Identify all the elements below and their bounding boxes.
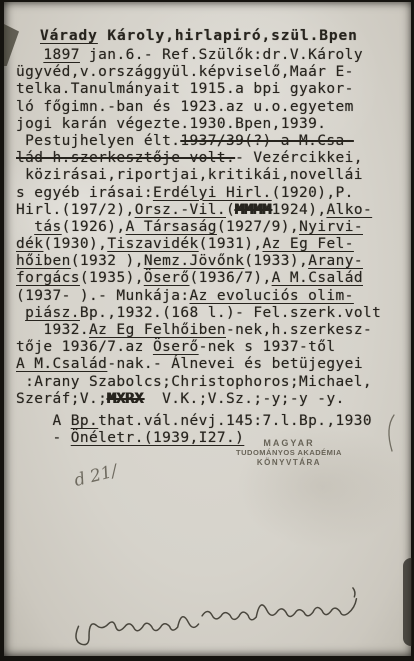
typed-segment: ló főgimn.-ban és 1923.az u.o.egyetem — [16, 99, 354, 115]
typed-line: piász.Bp.,1932.(168 l.)- Fel.szerk.volt — [16, 305, 405, 322]
typed-line: ló főgimn.-ban és 1923.az u.o.egyetem — [16, 99, 405, 116]
typed-segment: Tiszavidék — [107, 236, 198, 252]
typed-segment: hőiben — [16, 253, 71, 269]
typed-segment: Alko- — [326, 202, 372, 218]
typed-line: közirásai,riportjai,kritikái,novellái — [16, 167, 405, 184]
typed-segment: Az Eg Fel- — [263, 236, 354, 252]
typed-segment: ( — [226, 202, 235, 218]
typed-line: Hirl.(197/2),Orsz.-Vil.(MMMM1924),Alko- — [16, 202, 405, 219]
typed-segment: tője 1936/7.az — [16, 339, 153, 355]
typed-segment: Bp.,1932.(168 l.)- Fel.szerk.volt — [80, 305, 381, 321]
inverted-handwriting-note — [61, 577, 376, 649]
typed-segment: Bp. — [71, 413, 98, 429]
typed-segment: Orsz.-Vil. — [135, 202, 226, 218]
typed-segment — [16, 305, 25, 321]
typed-line: A Bp.that.vál.névj.145:7.l.Bp.,1930 — [16, 413, 405, 430]
typed-segment: -nek s 1937-től — [199, 339, 336, 355]
typed-segment: (1931), — [199, 236, 263, 252]
typed-segment: forgács — [16, 270, 80, 286]
typed-segment: Erdélyi Hirl. — [153, 185, 272, 201]
typed-segment: -nek,h.szerkesz- — [226, 322, 372, 338]
typed-line: Pestujhelyen élt.1937/39(?) a M.Csa- — [16, 133, 405, 150]
typed-line: tás(1926),A Társaság(1927/9),Nyirvi- — [16, 219, 405, 236]
typed-segment: 1924), — [272, 202, 327, 218]
typed-segment: A Társaság — [126, 219, 217, 235]
typed-segment: Nyirvi- — [299, 219, 363, 235]
typed-line: hőiben(1932 ),Nemz.Jövőnk(1933),Arany- — [16, 253, 405, 270]
typed-segment: telka.Tanulmányait 1915.a bpi gyakor- — [16, 81, 354, 97]
stamp-line-2: TUDOMÁNYOS AKADÉMIA — [228, 448, 350, 458]
typed-line: 1932.Az Eg Felhőiben-nek,h.szerkesz- — [16, 322, 405, 339]
typed-segment: Szeráf;V.; — [16, 391, 107, 407]
typed-segment: (1920),P. — [272, 185, 354, 201]
typed-segment: lád h.szerkesztője volt. — [16, 150, 235, 166]
pencil-paren-mark — [381, 412, 397, 454]
typed-line: telka.Tanulmányait 1915.a bpi gyakor- — [16, 81, 405, 98]
typed-segment: - — [16, 430, 71, 446]
typed-segment: V.K.;V.Sz.;-y;-y -y. — [144, 391, 345, 407]
typed-segment: Az Eg Felhőiben — [89, 322, 226, 338]
typed-segment — [16, 219, 34, 235]
typed-segment: ügyvéd,v.országgyül.képviselő,Maár E- — [16, 64, 354, 80]
typed-segment: (1935), — [80, 270, 144, 286]
pencil-shelfmark: d 21/ — [72, 461, 119, 491]
typed-segment: jan.6.- Ref.Szülők:dr.V.Károly — [80, 47, 363, 63]
typed-line: A M.Család-nak.- Álnevei és betüjegyei — [16, 356, 405, 373]
typed-segment: tás — [34, 219, 61, 235]
typed-segment: Öserő — [144, 270, 190, 286]
typed-segment: Nemz.Jövőnk — [144, 253, 244, 269]
typed-segment: 1932. — [16, 322, 89, 338]
typed-line: (1937- ).- Munkája:Az evoluciós olim- — [16, 288, 405, 305]
typed-segment: MXRX — [107, 391, 144, 407]
library-stamp: MAGYAR TUDOMÁNYOS AKADÉMIA KÖNYVTÁRA — [228, 438, 350, 468]
typed-segment: A M.Család — [272, 270, 363, 286]
typed-segment: (1933), — [244, 253, 308, 269]
typed-line: s egyéb irásai:Erdélyi Hirl.(1920),P. — [16, 185, 405, 202]
stamp-line-3: KÖNYVTÁRA — [228, 458, 350, 468]
typed-segment: -nak.- Álnevei és betüjegyei — [107, 356, 363, 372]
typed-line: Szeráf;V.;MXRX V.K.;V.Sz.;-y;-y -y. — [16, 391, 405, 408]
typed-segment: (1932 ), — [71, 253, 144, 269]
typed-segment: Várady — [40, 28, 98, 44]
typed-segment: közirásai,riportjai,kritikái,novellái — [16, 167, 363, 183]
typed-segment: (1926), — [62, 219, 126, 235]
typed-line: lád h.szerkesztője volt.- Vezércikkei, — [16, 150, 405, 167]
typed-segment: Hirl.(197/2), — [16, 202, 135, 218]
typed-segment: Öserő — [153, 339, 199, 355]
typed-segment: (1927/9), — [217, 219, 299, 235]
typed-segment: that.vál.névj.145:7.l.Bp.,1930 — [98, 413, 372, 429]
typed-segment: Károly,hirlapiró,szül.Bpen — [98, 28, 358, 44]
typed-segment — [16, 47, 43, 63]
typed-line: :Arany Szabolcs;Christophoros;Michael, — [16, 374, 405, 391]
typed-text: Várady Károly,hirlapiró,szül.Bpen 1897 j… — [16, 28, 405, 447]
typed-line: ügyvéd,v.országgyül.képviselő,Maár E- — [16, 64, 405, 81]
typed-segment: s egyéb irásai: — [16, 185, 153, 201]
typed-segment: Arany- — [308, 253, 363, 269]
typed-segment: :Arany Szabolcs;Christophoros;Michael, — [16, 374, 372, 390]
scanned-card-photo: Várady Károly,hirlapiró,szül.Bpen 1897 j… — [0, 0, 414, 661]
typed-line: forgács(1935),Öserő(1936/7),A M.Család — [16, 270, 405, 287]
typed-line: 1897 jan.6.- Ref.Szülők:dr.V.Károly — [16, 47, 405, 64]
typed-segment: Pestujhelyen élt. — [16, 133, 180, 149]
typed-segment: A M.Család — [16, 356, 107, 372]
card-title-line: Várady Károly,hirlapiró,szül.Bpen — [40, 28, 405, 46]
typed-segment: dék — [16, 236, 43, 252]
typed-segment: 1897 — [43, 47, 80, 63]
typed-segment: Az evoluciós olim- — [189, 288, 353, 304]
card-paper: Várady Károly,hirlapiró,szül.Bpen 1897 j… — [4, 2, 411, 656]
typed-line: jogi karán végezte.1930.Bpen,1939. — [16, 116, 405, 133]
typed-segment: MMMM — [235, 202, 272, 218]
typed-segment: jogi karán végezte.1930.Bpen,1939. — [16, 116, 326, 132]
typed-line: tője 1936/7.az Öserő-nek s 1937-től — [16, 339, 405, 356]
stamp-line-1: MAGYAR — [228, 438, 350, 448]
typed-segment: - Vezércikkei, — [235, 150, 363, 166]
typed-segment: (1937- ).- Munkája: — [16, 288, 189, 304]
typed-segment: Önéletr.(1939,I27.) — [71, 430, 244, 446]
typed-segment: (1936/7), — [190, 270, 272, 286]
edge-dark-blotch — [403, 558, 412, 646]
typed-line: dék(1930),Tiszavidék(1931),Az Eg Fel- — [16, 236, 405, 253]
typed-segment: (1930), — [43, 236, 107, 252]
typed-segment: 1937/39(?) a M.Csa- — [180, 133, 353, 149]
typed-segment: piász. — [25, 305, 80, 321]
typed-segment: A — [16, 413, 71, 429]
